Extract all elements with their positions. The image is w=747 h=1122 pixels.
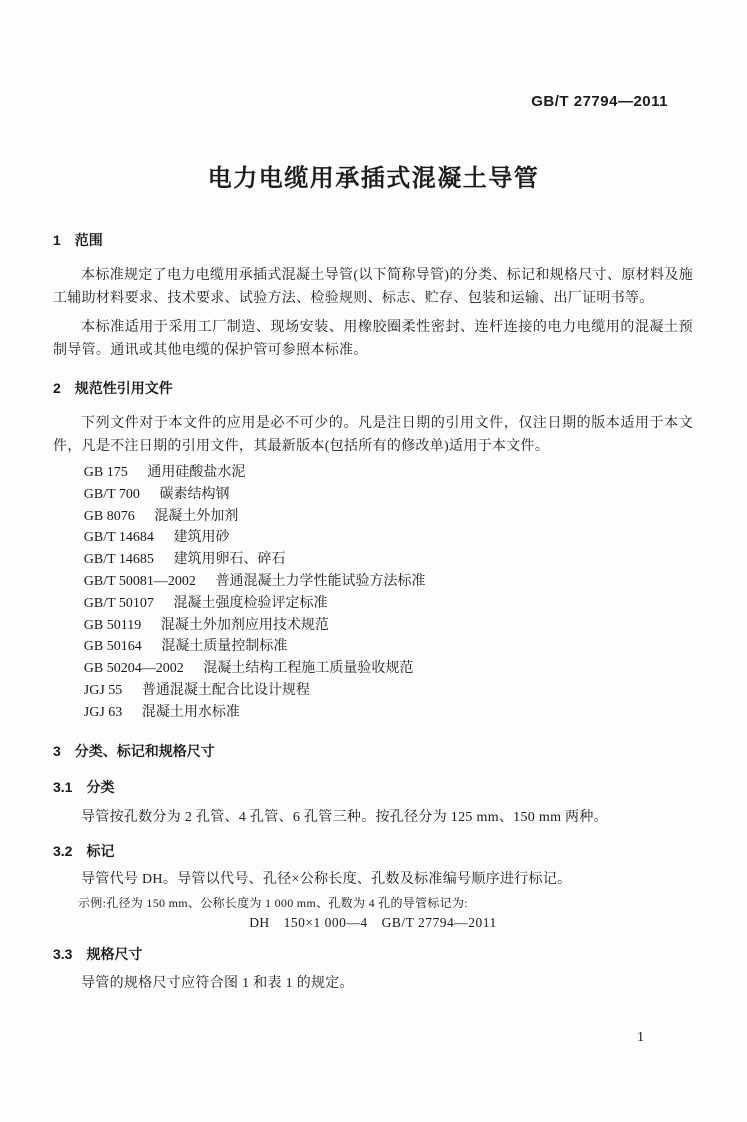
reference-item: GB/T 50081—2002普通混凝土力学性能试验方法标准 [84, 571, 693, 593]
reference-code: GB 50119 [84, 618, 141, 633]
section-3-heading: 3 分类、标记和规格尺寸 [53, 740, 693, 762]
page-number: 1 [637, 1030, 644, 1046]
reference-code: GB 8076 [84, 509, 135, 524]
reference-code: GB/T 50107 [84, 596, 154, 611]
section-1-heading: 1 范围 [53, 229, 693, 251]
reference-item: GB 50164混凝土质量控制标准 [84, 636, 693, 658]
reference-code: JGJ 55 [84, 683, 123, 698]
reference-title: 混凝土外加剂 [154, 509, 238, 524]
reference-title: 混凝土用水标准 [142, 705, 240, 720]
reference-code: GB/T 50081—2002 [84, 574, 196, 589]
reference-item: GB 50119混凝土外加剂应用技术规范 [84, 615, 693, 637]
reference-code: GB 50204—2002 [84, 661, 184, 676]
reference-code: GB/T 14685 [84, 552, 154, 567]
reference-code: GB 175 [84, 465, 128, 480]
section-3-1-paragraph: 导管按孔数分为 2 孔管、4 孔管、6 孔管三种。按孔径分为 125 mm、15… [53, 807, 693, 830]
reference-item: JGJ 55普通混凝土配合比设计规程 [84, 680, 693, 702]
section-3-3-paragraph: 导管的规格尺寸应符合图 1 和表 1 的规定。 [53, 973, 693, 996]
reference-item: GB 8076混凝土外加剂 [84, 506, 693, 528]
marking-example-value: DH 150×1 000—4 GB/T 27794—2011 [53, 913, 693, 933]
reference-code: JGJ 63 [84, 705, 123, 720]
reference-item: GB/T 14685建筑用卵石、碎石 [84, 549, 693, 571]
reference-title: 建筑用砂 [174, 530, 230, 545]
section-1-paragraph-1: 本标准规定了电力电缆用承插式混凝土导管(以下简称导管)的分类、标记和规格尺寸、原… [53, 265, 693, 310]
reference-code: GB/T 14684 [84, 530, 154, 545]
reference-title: 建筑用卵石、碎石 [174, 552, 286, 567]
reference-item: GB/T 50107混凝土强度检验评定标准 [84, 593, 693, 615]
reference-title: 混凝土外加剂应用技术规范 [161, 618, 329, 633]
reference-item: GB/T 14684建筑用砂 [84, 527, 693, 549]
page-content: 1 范围 本标准规定了电力电缆用承插式混凝土导管(以下简称导管)的分类、标记和规… [53, 0, 693, 995]
section-3-2-paragraph: 导管代号 DH。导管以代号、孔径×公称长度、孔数及标准编号顺序进行标记。 [53, 869, 693, 892]
reference-code: GB 50164 [84, 639, 142, 654]
section-1-paragraph-2: 本标准适用于采用工厂制造、现场安装、用橡胶圈柔性密封、连杆连接的电力电缆用的混凝… [53, 317, 693, 362]
section-3-2-heading: 3.2 标记 [53, 840, 693, 862]
reference-title: 普通混凝土配合比设计规程 [142, 683, 310, 698]
reference-title: 通用硅酸盐水泥 [147, 465, 245, 480]
reference-title: 混凝土质量控制标准 [161, 639, 287, 654]
marking-example-label: 示例:孔径为 150 mm、公称长度为 1 000 mm、孔数为 4 孔的导管标… [53, 893, 693, 913]
reference-title: 普通混凝土力学性能试验方法标准 [216, 574, 426, 589]
section-3-3-heading: 3.3 规格尺寸 [53, 943, 693, 965]
reference-item: GB 175通用硅酸盐水泥 [84, 462, 693, 484]
reference-item: GB 50204—2002混凝土结构工程施工质量验收规范 [84, 658, 693, 680]
document-page: GB/T 27794—2011 电力电缆用承插式混凝土导管 1 范围 本标准规定… [0, 0, 747, 1122]
section-3-1-heading: 3.1 分类 [53, 776, 693, 798]
reference-title: 混凝土强度检验评定标准 [174, 596, 328, 611]
section-2-intro: 下列文件对于本文件的应用是必不可少的。凡是注日期的引用文件，仅注日期的版本适用于… [53, 413, 693, 458]
normative-reference-list: GB 175通用硅酸盐水泥 GB/T 700碳素结构钢 GB 8076混凝土外加… [53, 462, 693, 724]
reference-item: GB/T 700碳素结构钢 [84, 484, 693, 506]
reference-title: 碳素结构钢 [160, 487, 230, 502]
reference-item: JGJ 63混凝土用水标准 [84, 702, 693, 724]
reference-code: GB/T 700 [84, 487, 140, 502]
reference-title: 混凝土结构工程施工质量验收规范 [203, 661, 413, 676]
section-2-heading: 2 规范性引用文件 [53, 377, 693, 399]
